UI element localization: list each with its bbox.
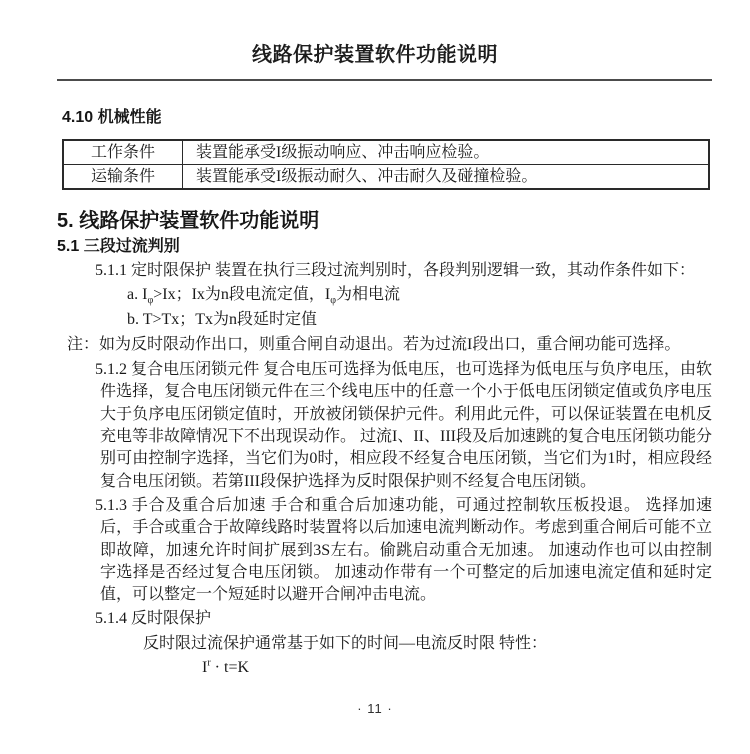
table-cell-label: 工作条件	[63, 140, 183, 165]
section-4-10-heading: 4.10 机械性能	[62, 109, 712, 127]
paragraph-5-1-4-heading: 5.1.4 反时限保护	[100, 608, 712, 630]
condition-item-b: b. T>Tx；Tx为n段延时定值	[127, 309, 712, 331]
table-row-transport-conditions: 运输条件 装置能承受I级振动耐久、冲击耐久及碰撞检验。	[63, 165, 709, 190]
document-page: 线路保护装置软件功能说明 4.10 机械性能 工作条件 装置能承受I级振动响应、…	[0, 0, 750, 754]
paragraph-5-1-4-body: 反时限过流保护通常基于如下的时间—电流反时限 特性：	[143, 633, 712, 655]
formula-rest: · t=K	[211, 659, 249, 676]
mechanical-performance-table: 工作条件 装置能承受I级振动响应、冲击响应检验。 运输条件 装置能承受I级振动耐…	[62, 139, 710, 190]
inverse-time-formula: Ir · t=K	[202, 657, 712, 679]
table-cell-value: 装置能承受I级振动响应、冲击响应检验。	[183, 140, 710, 165]
table-cell-value: 装置能承受I级振动耐久、冲击耐久及碰撞检验。	[183, 165, 710, 190]
note-paragraph: 注：如为反时限动作出口，则重合闸自动退出。若为过流I段出口，重合闸功能可选择。	[67, 334, 712, 356]
paragraph-5-1-1: 5.1.1 定时限保护 装置在执行三段过流判别时，各段判别逻辑一致，其动作条件如…	[100, 260, 712, 282]
document-content: 4.10 机械性能 工作条件 装置能承受I级振动响应、冲击响应检验。 运输条件 …	[57, 109, 712, 679]
header-rule	[57, 79, 712, 81]
table-cell-label: 运输条件	[63, 165, 183, 190]
condition-a-middle: >Ix；Ix为n段电流定值，I	[153, 286, 330, 303]
page-header-title: 线路保护装置软件功能说明	[0, 0, 750, 66]
table-row-working-conditions: 工作条件 装置能承受I级振动响应、冲击响应检验。	[63, 140, 709, 165]
section-5-heading: 5. 线路保护装置软件功能说明	[57, 210, 712, 232]
condition-a-end: 为相电流	[336, 286, 400, 303]
paragraph-5-1-2: 5.1.2 复合电压闭锁元件 复合电压可选择为低电压，也可选择为低电压与负序电压…	[100, 359, 712, 493]
running-header: 线路保护装置软件功能说明	[0, 0, 750, 81]
condition-a-prefix: a. I	[127, 286, 147, 303]
condition-item-a: a. Iφ>Ix；Ix为n段电流定值，Iφ为相电流	[127, 284, 712, 306]
section-5-1-heading: 5.1 三段过流判别	[57, 238, 712, 256]
paragraph-5-1-3: 5.1.3 手合及重合后加速 手合和重合后加速功能，可通过控制软压板投退。 选择…	[100, 495, 712, 606]
page-number: · 11 ·	[0, 701, 750, 716]
